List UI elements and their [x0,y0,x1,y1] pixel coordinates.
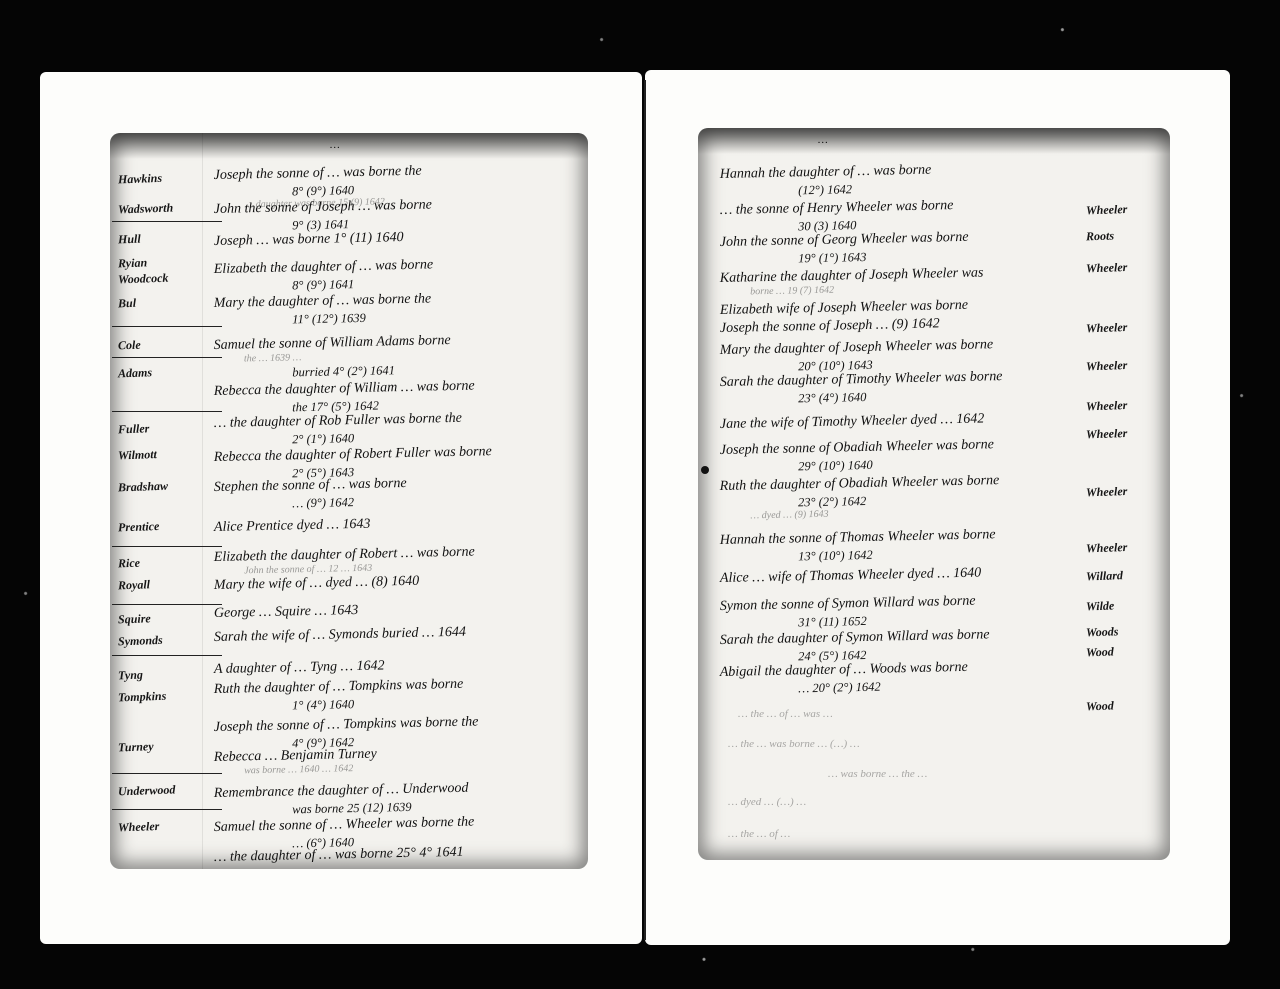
faded-text-line: … dyed … (…) … [728,796,806,808]
right-page-header: … [818,134,829,146]
register-entry: Sarah the wife of … Symonds buried … 164… [214,626,466,646]
margin-name: Bradshaw [118,478,200,496]
register-entry: John the sonne of Georg Wheeler was born… [720,231,969,267]
right-margin-surnames: Wheeler Roots Wheeler Wheeler Wheeler Wh… [1078,128,1170,860]
margin-name: Squire [118,610,200,628]
margin-name: Wilmott [118,446,200,464]
register-entry: Symon the sonne of Symon Willard was bor… [720,595,976,631]
register-entry: Elizabeth the daughter of … was borne 8°… [214,258,434,293]
register-entry: Alice … wife of Thomas Wheeler dyed … 16… [720,567,982,587]
margin-name: Wheeler [1086,539,1168,557]
margin-name: Wheeler [118,818,200,836]
register-entry: George … Squire … 1643 [214,604,359,622]
register-entry: … the sonne of Henry Wheeler was borne 3… [720,199,954,235]
register-entry: Remembrance the daughter of … Underwood … [214,782,469,818]
entry-divider [112,546,222,547]
margin-name: Prentice [118,518,200,536]
register-entry: Abigail the daughter of … Woods was born… [720,661,969,697]
margin-name: Roots [1086,227,1168,245]
margin-name: Wood [1086,643,1168,661]
register-entry: Sarah the daughter of Timothy Wheeler wa… [720,370,1003,407]
ink-blot [701,466,709,474]
margin-name: Royall [118,576,200,594]
entry-divider [112,809,222,810]
margin-name: Wheeler [1086,483,1168,501]
register-entry: Katharine the daughter of Joseph Wheeler… [720,266,984,298]
margin-name: Wheeler [1086,357,1168,375]
register-entry: Joseph the sonne of Obadiah Wheeler was … [720,438,995,475]
margin-name: Adams [118,364,200,382]
entry-divider [112,773,222,774]
register-entry: A daughter of … Tyng … 1642 [214,659,385,677]
margin-name: Hull [118,230,200,248]
register-entry: … the daughter of Rob Fuller was borne t… [214,412,463,448]
margin-name: Wilde [1086,597,1168,615]
margin-name: Hawkins [118,170,200,188]
register-entry: John the sonne of Joseph … was borne 9° … [214,198,433,233]
margin-name: Wheeler [1086,259,1168,277]
register-entry: Mary the wife of … dyed … (8) 1640 [214,575,420,594]
margin-name: Wadsworth [118,200,200,218]
margin-name: Underwood [118,782,200,800]
margin-name: Symonds [118,632,200,650]
entry-divider [112,604,222,605]
margin-name: Turney [118,738,200,756]
left-page-header: … [330,139,341,151]
margin-name: Tompkins [118,688,200,706]
margin-name: Wheeler [1086,425,1168,443]
entry-divider [112,221,222,222]
margin-name: Wheeler [1086,319,1168,337]
margin-name: Wheeler [1086,201,1168,219]
margin-name: Rice [118,554,200,572]
faded-text-line: … the … of … [728,828,790,840]
entry-divider [112,655,222,656]
margin-name: Woods [1086,623,1168,641]
margin-name: Tyng [118,666,200,684]
register-entry: Hannah the daughter of … was borne (12°)… [720,164,932,199]
margin-name: Wheeler [1086,397,1168,415]
faded-text-line: … was borne … the … [828,768,927,780]
margin-name: Woodcock [118,270,200,288]
register-entry: Joseph the sonne of Joseph … (9) 1642 [720,317,940,336]
register-entry: Samuel the sonne of William Adams borne … [214,334,452,381]
margin-name: Wood [1086,697,1168,715]
margin-name: Bul [118,294,200,312]
register-entry: Ruth the daughter of Obadiah Wheeler was… [720,474,1000,522]
left-margin-surnames: Hawkins Wadsworth Hull Ryian Woodcock Bu… [110,133,203,869]
entry-divider [112,411,222,412]
register-entry: Jane the wife of Timothy Wheeler dyed … … [720,412,985,432]
left-page: … Hawkins Wadsworth Hull Ryian Woodcock … [110,133,588,869]
register-entry: Hannah the sonne of Thomas Wheeler was b… [720,528,996,565]
entry-divider [112,326,222,327]
faded-text-line: … the … of … was … [738,708,833,720]
right-page: … Wheeler Roots Wheeler Wheeler Wheeler … [698,128,1170,860]
margin-name: Cole [118,336,200,354]
register-entry: Ruth the daughter of … Tompkins was born… [214,678,464,714]
register-entry: Joseph … was borne 1° (11) 1640 [214,231,404,250]
register-entry: Stephen the sonne of … was borne … (9°) … [214,477,407,512]
margin-name: Ryian [118,254,200,272]
faded-text-line: … the … was borne … (…) … [728,738,860,750]
margin-name: Willard [1086,567,1168,585]
entry-divider [112,357,222,358]
register-entry: Alice Prentice dyed … 1643 [214,518,371,536]
margin-name: Fuller [118,420,200,438]
register-entry: Mary the daughter of … was borne the 11°… [214,292,432,327]
register-entry: Elizabeth the daughter of Robert … was b… [214,546,475,578]
register-entry: … the daughter of … was borne 25° 4° 164… [214,846,464,866]
book-gutter [644,80,646,940]
register-entry: Rebecca … Benjamin Turney was borne … 16… [214,748,377,778]
